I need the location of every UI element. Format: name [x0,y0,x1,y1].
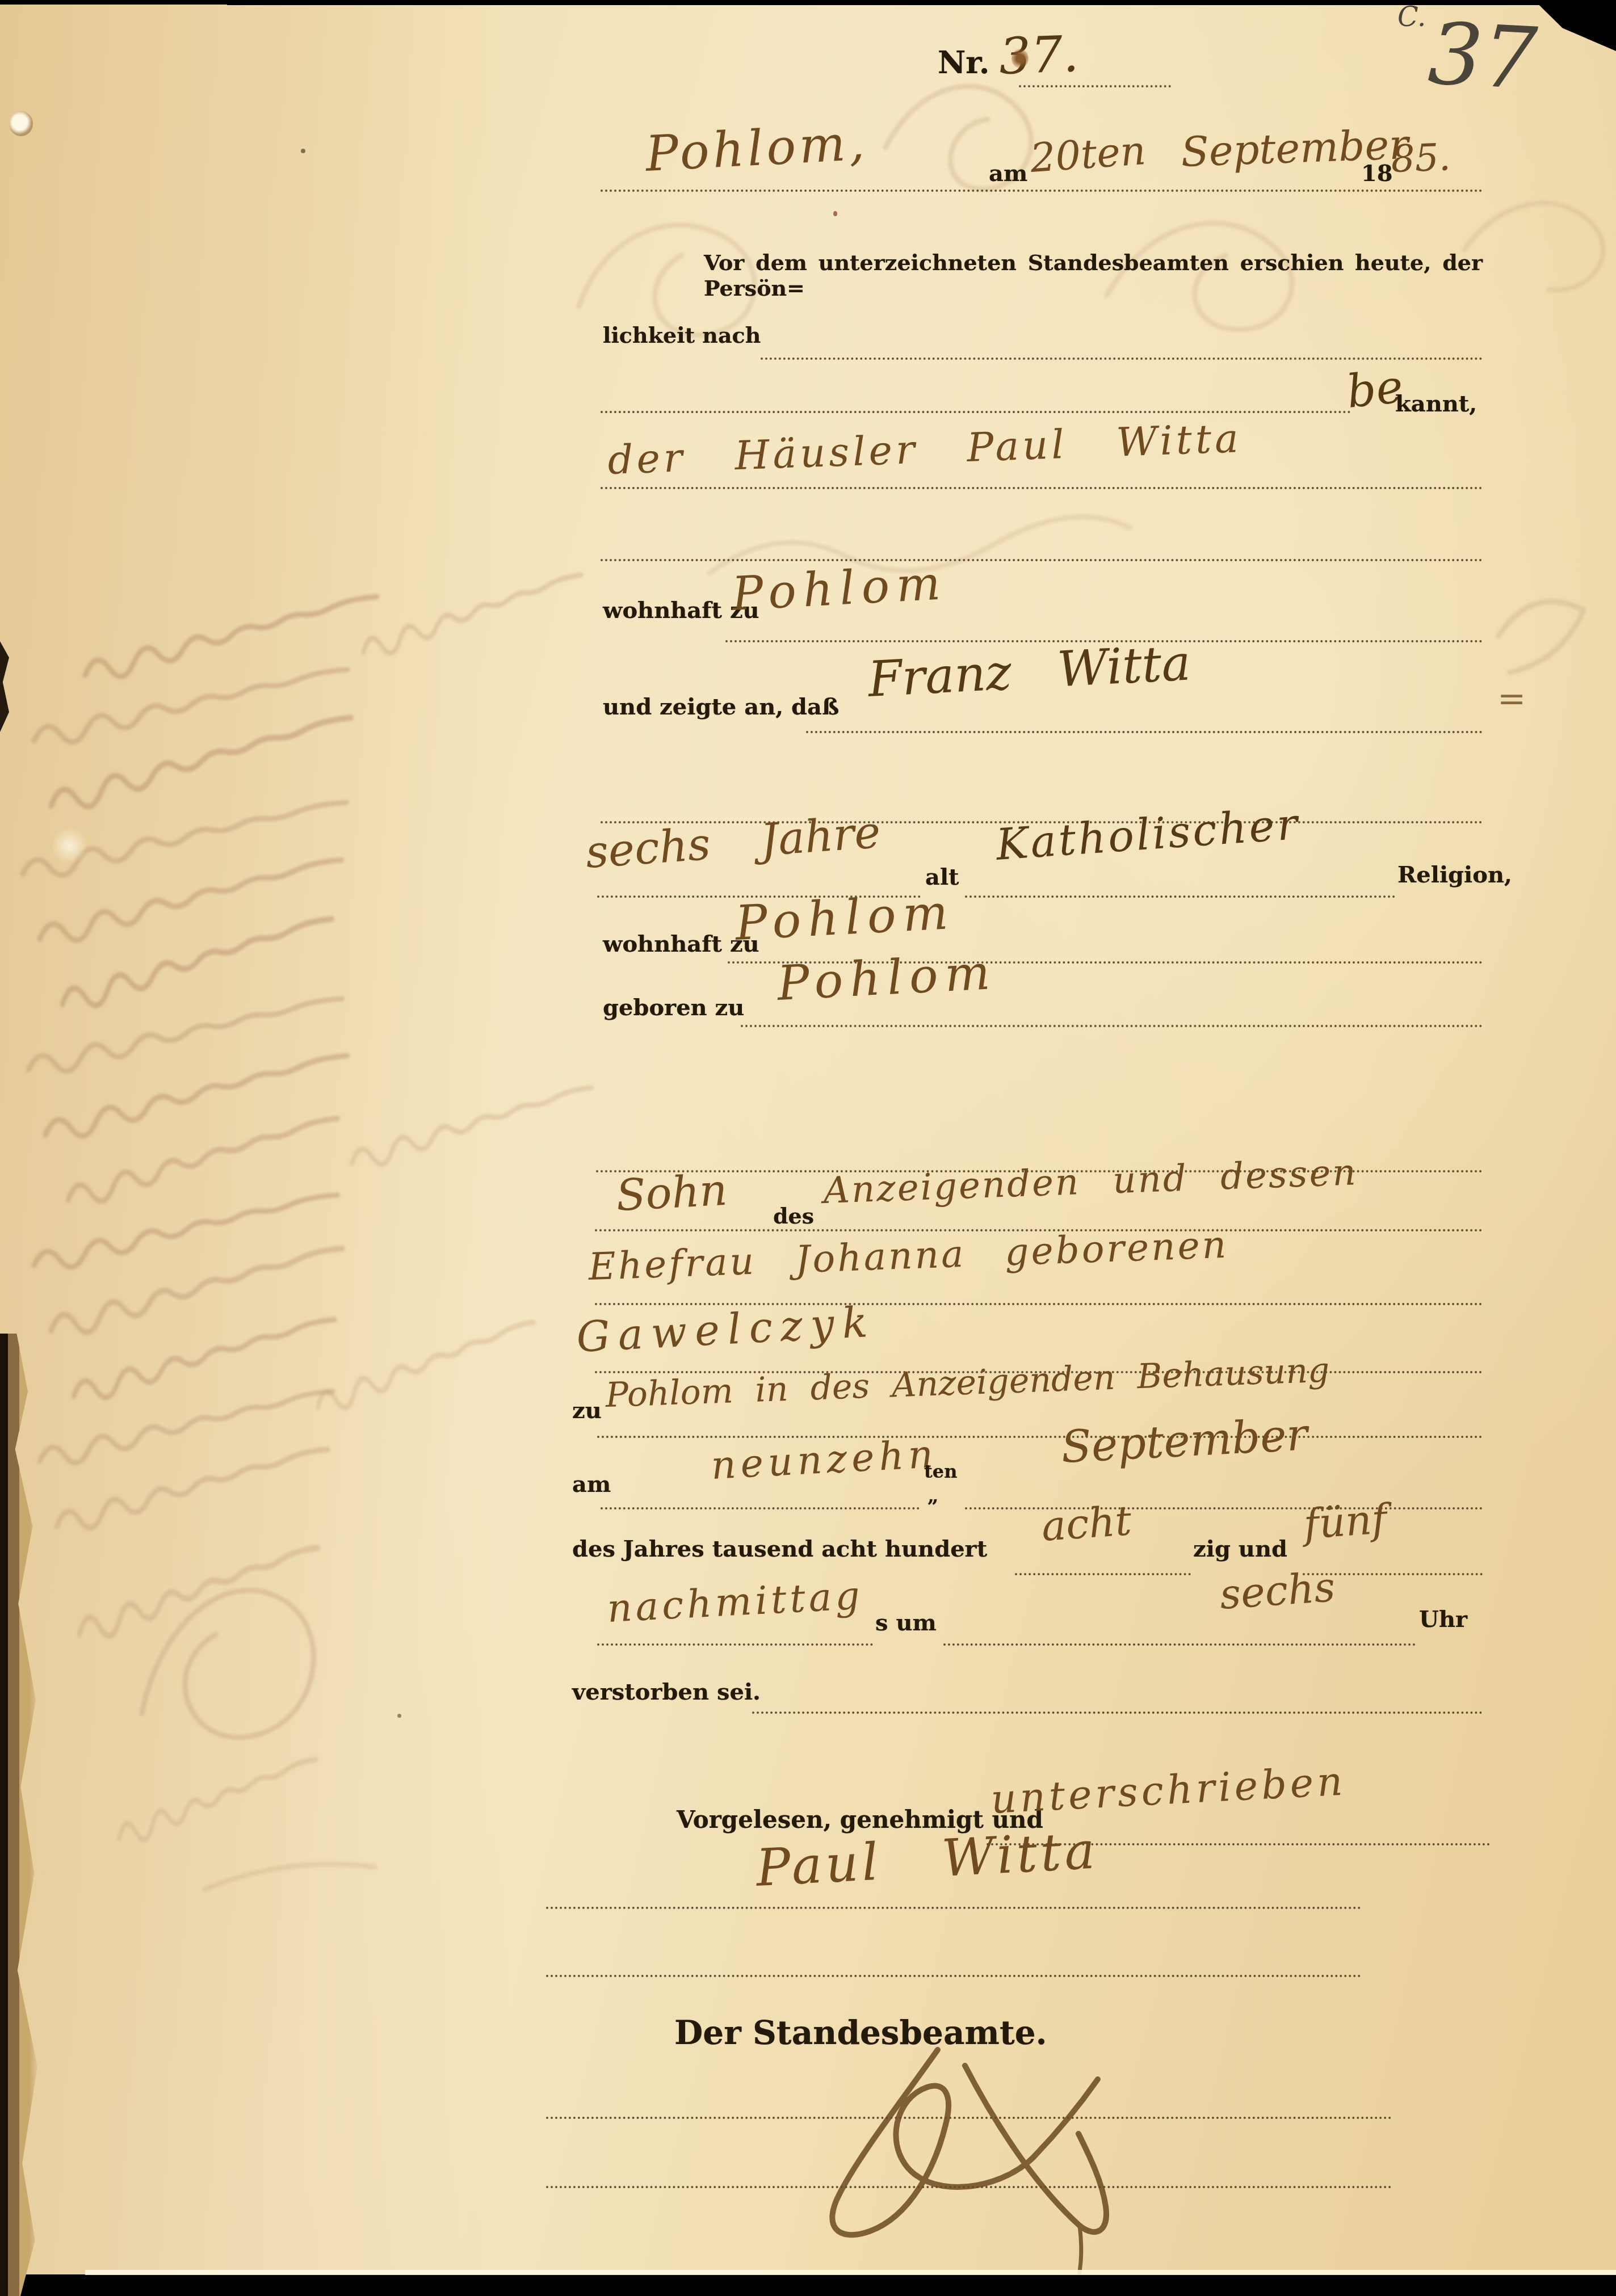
scanned-death-record-page: Nr. 37. C. 37 Pohlom, am 20ten September… [0,0,1616,2296]
paper-hole-blemish [9,111,33,136]
scan-bottom-edge [0,2274,1616,2296]
speck [397,1714,401,1718]
pale-blemish [52,826,86,865]
scan-top-edge [227,0,1616,5]
registrar-signature [0,0,1616,2296]
paper-bottom-highlight [85,2270,1616,2275]
speck [301,149,305,153]
speck [833,211,837,216]
